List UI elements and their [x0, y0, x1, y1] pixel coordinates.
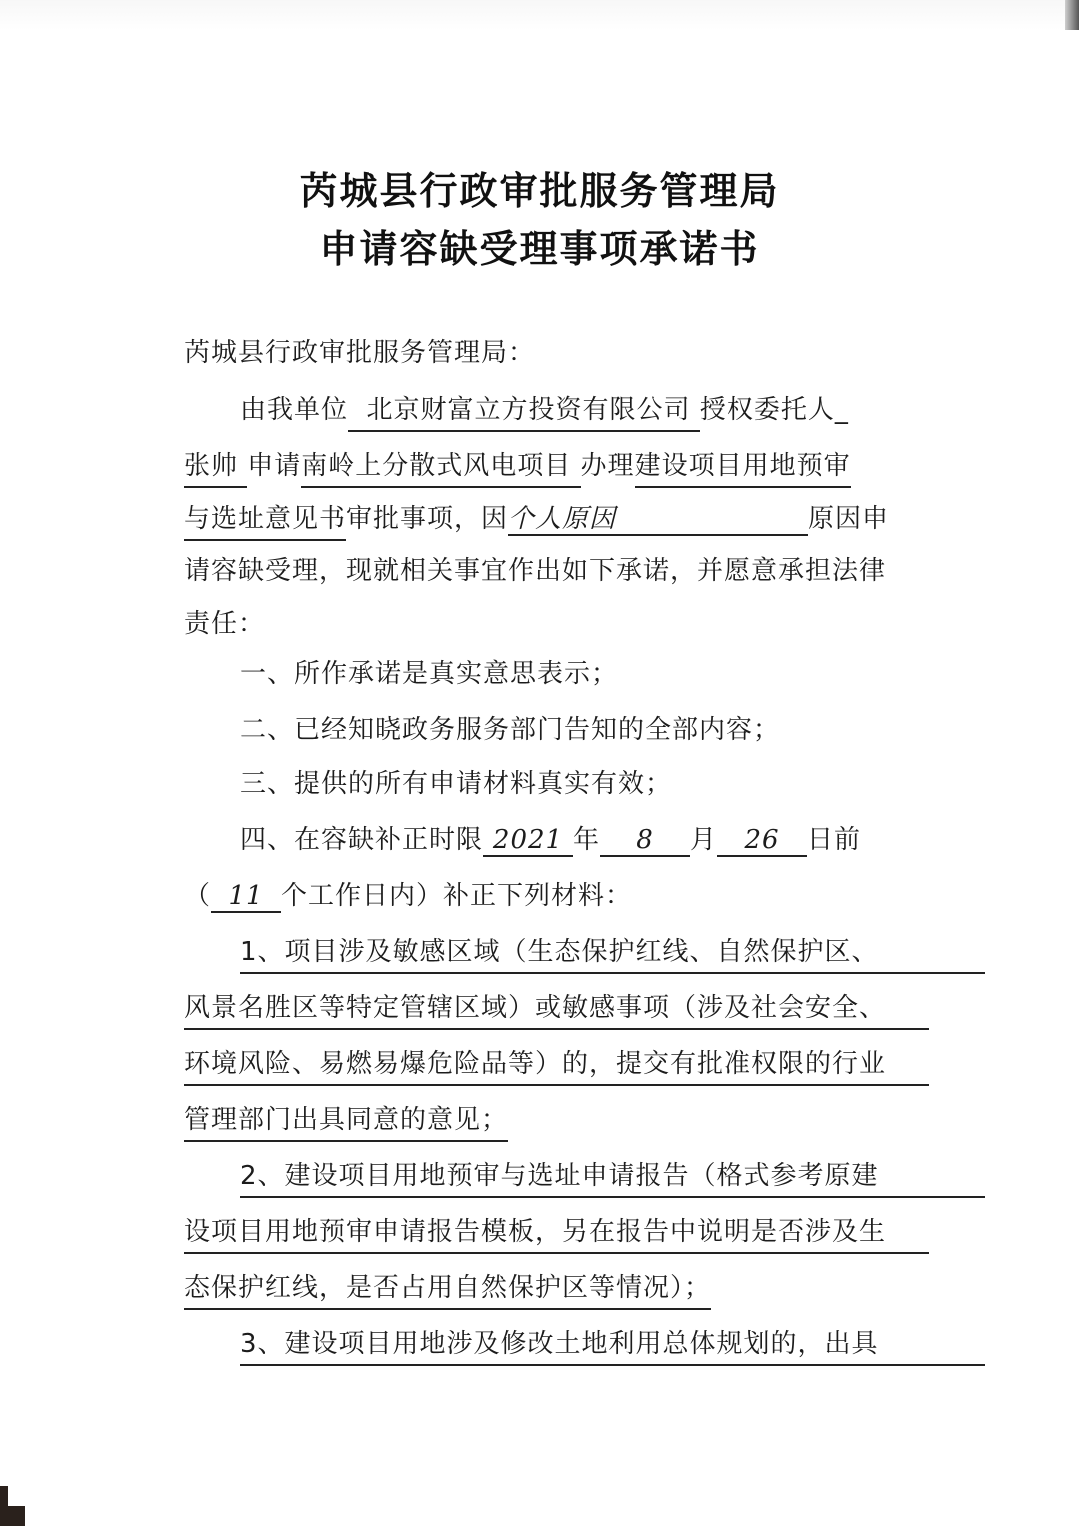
- text: 原因申: [808, 504, 889, 534]
- text: 办理: [581, 451, 635, 481]
- material-1-line-1: 1、项目涉及敏感区域（生态保护红线、自然保护区、: [184, 934, 985, 974]
- text: （: [184, 881, 211, 911]
- material-2-line-2: 设项目用地预审申请报告模板，另在报告中说明是否涉及生: [184, 1214, 929, 1254]
- matter-field-part1: 建设项目用地预审: [635, 448, 851, 488]
- body-line-4: 请容缺受理，现就相关事宜作出如下承诺，并愿意承担法律: [184, 553, 929, 589]
- material-2-line-3: 态保护红线，是否占用自然保护区等情况）；: [184, 1270, 929, 1310]
- deadline-year-field: 2021: [483, 825, 573, 857]
- commitment-3: 三、提供的所有申请材料真实有效；: [184, 766, 985, 802]
- delegate-name-field: 张帅: [184, 448, 247, 488]
- text: 年: [573, 825, 600, 855]
- material-text: 态保护红线，是否占用自然保护区等情况）；: [184, 1270, 711, 1310]
- deadline-day-field: 26: [717, 825, 807, 857]
- text: 授权委托人: [700, 395, 835, 425]
- deadline-line: 四、在容缺补正时限2021年8月26日前: [184, 822, 985, 858]
- document-page: 芮城县行政审批服务管理局 申请容缺受理事项承诺书 芮城县行政审批服务管理局： 由…: [0, 0, 1079, 1526]
- material-3-line-1: 3、建设项目用地涉及修改土地利用总体规划的，出具: [184, 1326, 985, 1366]
- material-1-line-4: 管理部门出具同意的意见；: [184, 1102, 929, 1142]
- deadline-month-field: 8: [600, 825, 690, 857]
- matter-field-part2: 与选址意见书: [184, 501, 346, 541]
- material-text: 3、建设项目用地涉及修改土地利用总体规划的，出具: [240, 1326, 985, 1366]
- material-text: 管理部门出具同意的意见；: [184, 1102, 508, 1142]
- material-2-line-1: 2、建设项目用地预审与选址申请报告（格式参考原建: [184, 1158, 985, 1198]
- body-line-3: 与选址意见书审批事项，因个人原因原因申: [184, 501, 929, 541]
- text: 个工作日内）补正下列材料：: [281, 881, 632, 911]
- commitment-1: 一、所作承诺是真实意思表示；: [184, 656, 985, 692]
- body-line-5: 责任：: [184, 606, 929, 642]
- blank: _: [835, 395, 849, 425]
- document-title-line2: 申请容缺受理事项承诺书: [0, 218, 1079, 273]
- page-corner-artifact: [0, 1486, 25, 1526]
- commitment-2: 二、已经知晓政务服务部门告知的全部内容；: [184, 712, 985, 748]
- text: 审批事项，因: [346, 504, 508, 534]
- project-name-field: 南岭上分散式风电项目: [301, 448, 580, 488]
- text: 由我单位: [240, 395, 348, 425]
- company-name-field: 北京财富立方投资有限公司: [348, 392, 700, 432]
- material-1-line-3: 环境风险、易燃易爆危险品等）的，提交有批准权限的行业: [184, 1046, 929, 1086]
- page-edge-shadow: [1065, 0, 1079, 30]
- material-text: 2、建设项目用地预审与选址申请报告（格式参考原建: [240, 1158, 985, 1198]
- text: 日前: [807, 825, 861, 855]
- material-text: 设项目用地预审申请报告模板，另在报告中说明是否涉及生: [184, 1214, 929, 1254]
- material-1-line-2: 风景名胜区等特定管辖区域）或敏感事项（涉及社会安全、: [184, 990, 929, 1030]
- text: 申请: [247, 451, 301, 481]
- reason-field-handwritten: 个人原因: [508, 504, 808, 536]
- material-text: 1、项目涉及敏感区域（生态保护红线、自然保护区、: [240, 934, 985, 974]
- material-text: 风景名胜区等特定管辖区域）或敏感事项（涉及社会安全、: [184, 990, 929, 1030]
- body-line-2: 张帅 申请南岭上分散式风电项目 办理建设项目用地预审: [184, 448, 929, 488]
- working-days-line: （11个工作日内）补正下列材料：: [184, 878, 929, 914]
- working-days-field: 11: [211, 881, 281, 913]
- body-line-1: 由我单位 北京财富立方投资有限公司 授权委托人_: [184, 392, 985, 432]
- text: 四、在容缺补正时限: [240, 825, 483, 855]
- salutation: 芮城县行政审批服务管理局：: [184, 335, 929, 371]
- document-title-line1: 芮城县行政审批服务管理局: [0, 160, 1079, 215]
- text: 月: [690, 825, 717, 855]
- material-text: 环境风险、易燃易爆危险品等）的，提交有批准权限的行业: [184, 1046, 929, 1086]
